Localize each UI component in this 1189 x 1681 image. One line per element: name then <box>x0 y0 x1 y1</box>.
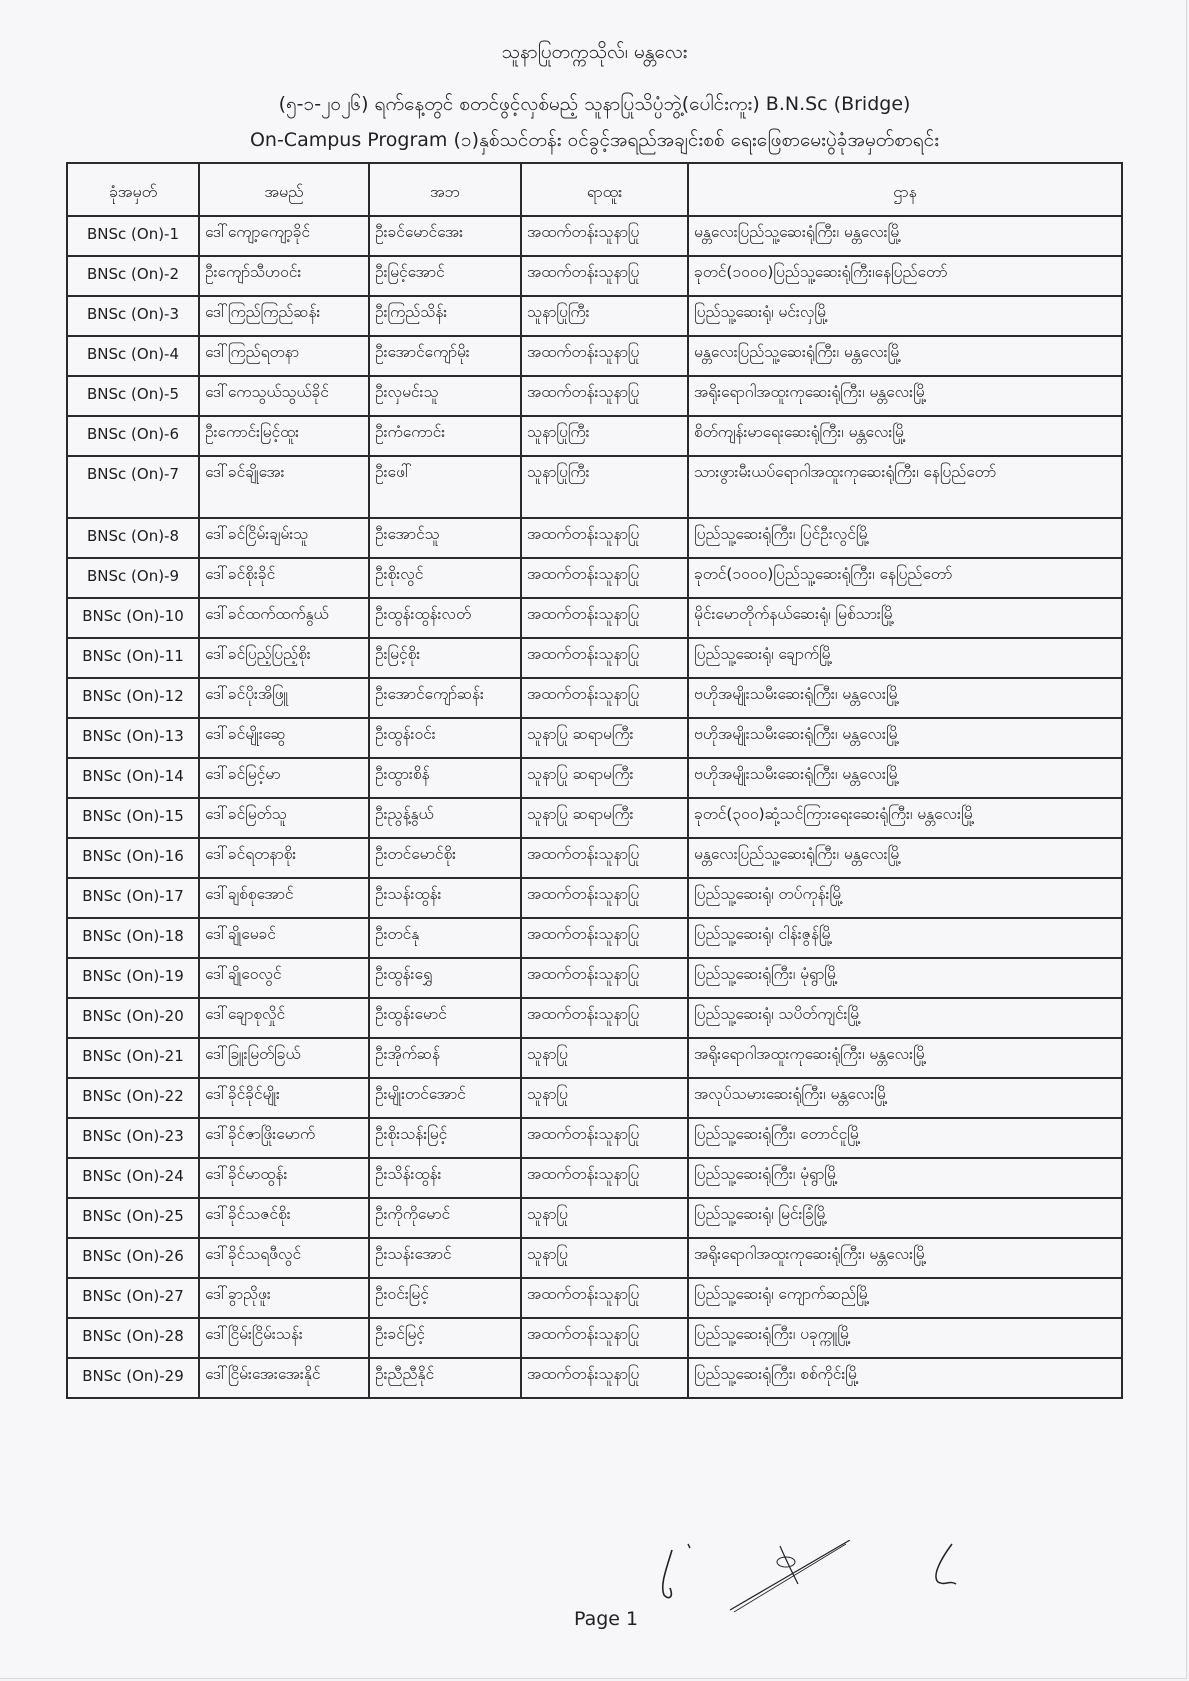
name-cell: ဒေါ်ကေသွယ်သွယ်ခိုင် <box>199 376 369 416</box>
rank-cell: အထက်တန်းသူနာပြု <box>521 256 688 296</box>
column-header-seat-number: ခုံအမှတ် <box>67 163 199 216</box>
name-cell: ဒေါ်ခိုင်သဇင်စိုး <box>199 1198 369 1238</box>
name-cell: ဒေါ်ခင်ငြိမ်းချမ်းသူ <box>199 518 369 558</box>
name-cell: ဒေါ်ခိုင်ခိုင်မျိုး <box>199 1078 369 1118</box>
table-row: BNSc (On)-3ဒေါ်ကြည်ကြည်ဆန်းဦးကြည်သိန်းသူ… <box>67 296 1122 336</box>
rank-cell: သူနာပြုကြီး <box>521 416 688 456</box>
seat-number-cell: BNSc (On)-7 <box>67 456 199 518</box>
father-name-cell: ဦးထွန်းထွန်းလတ် <box>369 598 521 638</box>
name-cell: ဒေါ်ခွာညိုဖူး <box>199 1278 369 1318</box>
name-cell: ဒေါ်ခင်စိုးခိုင် <box>199 558 369 598</box>
table-row: BNSc (On)-1ဒေါ်ကျော့ကျော့ခိုင်ဦးခင်မောင်… <box>67 216 1122 256</box>
rank-cell: သူနာပြု <box>521 1238 688 1278</box>
department-cell: အရိုးရောဂါအထူးကုဆေးရုံကြီး၊ မန္တလေးမြို့ <box>688 376 1122 416</box>
rank-cell: အထက်တန်းသူနာပြု <box>521 376 688 416</box>
name-cell: ဒေါ်ခင်မြတ်သူ <box>199 798 369 838</box>
document-page: သူနာပြုတက္ကသိုလ်၊ မန္တလေး (၅-၁-၂၀၂၆) ရက်… <box>0 0 1187 1679</box>
name-cell: ဦးကောင်းမြင့်ထူး <box>199 416 369 456</box>
seat-number-cell: BNSc (On)-19 <box>67 958 199 998</box>
table-row: BNSc (On)-12ဒေါ်ခင်ပိုးအိဖြူဦးအောင်ကျော်… <box>67 678 1122 718</box>
department-cell: အလုပ်သမားဆေးရုံကြီး၊ မန္တလေးမြို့ <box>688 1078 1122 1118</box>
rank-cell: အထက်တန်းသူနာပြု <box>521 1358 688 1398</box>
name-cell: ဒေါ်ခင်ရတနာစိုး <box>199 838 369 878</box>
rank-cell: အထက်တန်းသူနာပြု <box>521 1318 688 1358</box>
name-cell: ဒေါ်ချိုဝေလွင် <box>199 958 369 998</box>
father-name-cell: ဦးညီညီနိုင် <box>369 1358 521 1398</box>
seat-number-cell: BNSc (On)-22 <box>67 1078 199 1118</box>
name-cell: ဒေါ်ခင်မျိုးဆွေ <box>199 718 369 758</box>
table-row: BNSc (On)-11ဒေါ်ခင်ပြည့်ပြည့်စိုးဦးမြင့်… <box>67 638 1122 678</box>
father-name-cell: ဦးသိန်းထွန်း <box>369 1158 521 1198</box>
name-cell: ဦးကျော်သီဟဝင်း <box>199 256 369 296</box>
name-cell: ဒေါ်ကြည်ရတနာ <box>199 336 369 376</box>
father-name-cell: ဦးထွန်းဝင်း <box>369 718 521 758</box>
column-header-department: ဌာန <box>688 163 1122 216</box>
table-row: BNSc (On)-10ဒေါ်ခင်ထက်ထက်နွယ်ဦးထွန်းထွန်… <box>67 598 1122 638</box>
department-cell: ပြည်သူ့ဆေးရုံကြီး၊ တောင်ငူမြို့ <box>688 1118 1122 1158</box>
name-cell: ဒေါ်ချောစုလှိုင် <box>199 998 369 1038</box>
seat-number-cell: BNSc (On)-27 <box>67 1278 199 1318</box>
table-row: BNSc (On)-22ဒေါ်ခိုင်ခိုင်မျိုးဦးမျိုးတင… <box>67 1078 1122 1118</box>
seat-number-cell: BNSc (On)-25 <box>67 1198 199 1238</box>
father-name-cell: ဦးဝင်းမြင့် <box>369 1278 521 1318</box>
department-cell: ပြည်သူ့ဆေးရုံကြီး၊ မုံရွာမြို့ <box>688 1158 1122 1198</box>
table-row: BNSc (On)-25ဒေါ်ခိုင်သဇင်စိုးဦးကိုကိုမော… <box>67 1198 1122 1238</box>
father-name-cell: ဦးမြင့်အောင် <box>369 256 521 296</box>
name-cell: ဒေါ်ခိုင်မာထွန်း <box>199 1158 369 1198</box>
rank-cell: အထက်တန်းသူနာပြု <box>521 518 688 558</box>
table-header-row: ခုံအမှတ် အမည် အဘ ရာထူး ဌာန <box>67 163 1122 216</box>
seat-number-cell: BNSc (On)-21 <box>67 1038 199 1078</box>
name-cell: ဒေါ်ခင်ပြည့်ပြည့်စိုး <box>199 638 369 678</box>
institution-title: သူနာပြုတက္ကသိုလ်၊ မန္တလေး <box>0 40 1189 68</box>
rank-cell: သူနာပြု ဆရာမကြီး <box>521 718 688 758</box>
seat-number-cell: BNSc (On)-23 <box>67 1118 199 1158</box>
table-row: BNSc (On)-24ဒေါ်ခိုင်မာထွန်းဦးသိန်းထွန်း… <box>67 1158 1122 1198</box>
rank-cell: သူနာပြု ဆရာမကြီး <box>521 798 688 838</box>
seat-number-cell: BNSc (On)-17 <box>67 878 199 918</box>
department-cell: ပြည်သူ့ဆေးရုံ၊ မင်းလှမြို့ <box>688 296 1122 336</box>
name-cell: ဒေါ်ခိုင်ဇာဖြိုးမောက် <box>199 1118 369 1158</box>
father-name-cell: ဦးစိုးသန်းမြင့် <box>369 1118 521 1158</box>
rank-cell: သူနာပြု <box>521 1078 688 1118</box>
department-cell: ပြည်သူ့ဆေးရုံ၊ တပ်ကုန်းမြို့ <box>688 878 1122 918</box>
father-name-cell: ဦးသန်းအောင် <box>369 1238 521 1278</box>
seat-number-cell: BNSc (On)-12 <box>67 678 199 718</box>
father-name-cell: ဦးကံကောင်း <box>369 416 521 456</box>
rank-cell: အထက်တန်းသူနာပြု <box>521 216 688 256</box>
rank-cell: သူနာပြုကြီး <box>521 296 688 336</box>
table-row: BNSc (On)-21ဒေါ်ခြူးမြတ်ခြယ်ဦးအိုက်ဆန်သူ… <box>67 1038 1122 1078</box>
department-cell: မန္တလေးပြည်သူ့ဆေးရုံကြီး၊ မန္တလေးမြို့ <box>688 216 1122 256</box>
name-cell: ဒေါ်ကြည်ကြည်ဆန်း <box>199 296 369 336</box>
rank-cell: အထက်တန်းသူနာပြု <box>521 638 688 678</box>
seat-number-cell: BNSc (On)-15 <box>67 798 199 838</box>
department-cell: ပြည်သူ့ဆေးရုံ၊ ချောက်မြို့ <box>688 638 1122 678</box>
name-cell: ဒေါ်ခိုင်သရဖီလွင် <box>199 1238 369 1278</box>
department-cell: ပြည်သူ့ဆေးရုံ၊ သပိတ်ကျင်းမြို့ <box>688 998 1122 1038</box>
seat-number-cell: BNSc (On)-29 <box>67 1358 199 1398</box>
seat-number-cell: BNSc (On)-18 <box>67 918 199 958</box>
table-row: BNSc (On)-28ဒေါ်ငြိမ်းငြိမ်းသန်းဦးခင်မြင… <box>67 1318 1122 1358</box>
rank-cell: အထက်တန်းသူနာပြု <box>521 958 688 998</box>
father-name-cell: ဦးတင်မောင်စိုး <box>369 838 521 878</box>
seat-number-table: ခုံအမှတ် အမည် အဘ ရာထူး ဌာန BNSc (On)-1ဒေ… <box>66 162 1123 1399</box>
father-name-cell: ဦးတင်နု <box>369 918 521 958</box>
table-row: BNSc (On)-15ဒေါ်ခင်မြတ်သူဦးညွန့်နွယ်သူနာ… <box>67 798 1122 838</box>
department-cell: ပြည်သူ့ဆေးရုံ၊ ငါန်းဇွန်မြို့ <box>688 918 1122 958</box>
table-row: BNSc (On)-23ဒေါ်ခိုင်ဇာဖြိုးမောက်ဦးစိုးသ… <box>67 1118 1122 1158</box>
rank-cell: အထက်တန်းသူနာပြု <box>521 1158 688 1198</box>
name-cell: ဒေါ်ခင်ထက်ထက်နွယ် <box>199 598 369 638</box>
table-body: BNSc (On)-1ဒေါ်ကျော့ကျော့ခိုင်ဦးခင်မောင်… <box>67 216 1122 1398</box>
father-name-cell: ဦးထွန်းရွှေ <box>369 958 521 998</box>
department-cell: ပြည်သူ့ဆေးရုံ၊ ကျောက်ဆည်မြို့ <box>688 1278 1122 1318</box>
department-cell: အရိုးရောဂါအထူးကုဆေးရုံကြီး၊ မန္တလေးမြို့ <box>688 1038 1122 1078</box>
seat-number-cell: BNSc (On)-24 <box>67 1158 199 1198</box>
table-row: BNSc (On)-18ဒေါ်ချိုမေခင်ဦးတင်နုအထက်တန်း… <box>67 918 1122 958</box>
seat-number-cell: BNSc (On)-1 <box>67 216 199 256</box>
father-name-cell: ဦးအောင်ကျော်ဆန်း <box>369 678 521 718</box>
seat-number-cell: BNSc (On)-14 <box>67 758 199 798</box>
father-name-cell: ဦးအောင်သူ <box>369 518 521 558</box>
table-row: BNSc (On)-17ဒေါ်ချစ်စုအောင်ဦးသန်းထွန်းအထ… <box>67 878 1122 918</box>
table-row: BNSc (On)-9ဒေါ်ခင်စိုးခိုင်ဦးစိုးလွင်အထက… <box>67 558 1122 598</box>
father-name-cell: ဦးမြင့်စိုး <box>369 638 521 678</box>
father-name-cell: ဦးသန်းထွန်း <box>369 878 521 918</box>
rank-cell: အထက်တန်းသူနာပြု <box>521 1118 688 1158</box>
page-number: Page 1 <box>574 1608 638 1630</box>
department-cell: ပြည်သူ့ဆေးရုံကြီး၊ စစ်ကိုင်းမြို့ <box>688 1358 1122 1398</box>
table-row: BNSc (On)-2ဦးကျော်သီဟဝင်းဦးမြင့်အောင်အထက… <box>67 256 1122 296</box>
seat-number-cell: BNSc (On)-28 <box>67 1318 199 1358</box>
father-name-cell: ဦးညွန့်နွယ် <box>369 798 521 838</box>
name-cell: ဒေါ်ကျော့ကျော့ခိုင် <box>199 216 369 256</box>
table-row: BNSc (On)-29ဒေါ်ငြိမ်းအေးအေးနိုင်ဦးညီညီန… <box>67 1358 1122 1398</box>
department-cell: ခုတင်(၁၀၀၀)ပြည်သူ့ဆေးရုံကြီး၊ နေပြည်တော် <box>688 558 1122 598</box>
department-cell: အရိုးရောဂါအထူးကုဆေးရုံကြီး၊ မန္တလေးမြို့ <box>688 1238 1122 1278</box>
father-name-cell: ဦးကိုကိုမောင် <box>369 1198 521 1238</box>
seat-number-cell: BNSc (On)-16 <box>67 838 199 878</box>
table-row: BNSc (On)-16ဒေါ်ခင်ရတနာစိုးဦးတင်မောင်စို… <box>67 838 1122 878</box>
rank-cell: အထက်တန်းသူနာပြု <box>521 558 688 598</box>
department-cell: ပြည်သူ့ဆေးရုံကြီး၊ ပခုက္ကူမြို့ <box>688 1318 1122 1358</box>
rank-cell: သူနာပြု ဆရာမကြီး <box>521 758 688 798</box>
rank-cell: အထက်တန်းသူနာပြု <box>521 838 688 878</box>
father-name-cell: ဦးကြည်သိန်း <box>369 296 521 336</box>
father-name-cell: ဦးလှမင်းသူ <box>369 376 521 416</box>
table-row: BNSc (On)-13ဒေါ်ခင်မျိုးဆွေဦးထွန်းဝင်းသူ… <box>67 718 1122 758</box>
seat-number-cell: BNSc (On)-6 <box>67 416 199 456</box>
father-name-cell: ဦးခင်မြင့် <box>369 1318 521 1358</box>
department-cell: စိတ်ကျန်းမာရေးဆေးရုံကြီး၊ မန္တလေးမြို့ <box>688 416 1122 456</box>
department-cell: ဗဟိုအမျိုးသမီးဆေးရုံကြီး၊ မန္တလေးမြို့ <box>688 718 1122 758</box>
table-row: BNSc (On)-7ဒေါ်ခင်ချိုအေးဦးဖေါ်သူနာပြုကြ… <box>67 456 1122 518</box>
seat-number-cell: BNSc (On)-4 <box>67 336 199 376</box>
name-cell: ဒေါ်ချိုမေခင် <box>199 918 369 958</box>
name-cell: ဒေါ်ခြူးမြတ်ခြယ် <box>199 1038 369 1078</box>
seat-number-cell: BNSc (On)-20 <box>67 998 199 1038</box>
rank-cell: အထက်တန်းသူနာပြု <box>521 1278 688 1318</box>
seat-number-cell: BNSc (On)-8 <box>67 518 199 558</box>
rank-cell: အထက်တန်းသူနာပြု <box>521 336 688 376</box>
department-cell: မန္တလေးပြည်သူ့ဆေးရုံကြီး၊ မန္တလေးမြို့ <box>688 336 1122 376</box>
seat-number-cell: BNSc (On)-9 <box>67 558 199 598</box>
name-cell: ဒေါ်ခင်ပိုးအိဖြူ <box>199 678 369 718</box>
department-cell: သားဖွားမီးယပ်ရောဂါအထူးကုဆေးရုံကြီး၊ နေပြ… <box>688 456 1122 518</box>
table-row: BNSc (On)-26ဒေါ်ခိုင်သရဖီလွင်ဦးသန်းအောင်… <box>67 1238 1122 1278</box>
father-name-cell: ဦးမျိုးတင်အောင် <box>369 1078 521 1118</box>
department-cell: ပြည်သူ့ဆေးရုံကြီး၊ မုံရွာမြို့ <box>688 958 1122 998</box>
rank-cell: အထက်တန်းသူနာပြု <box>521 598 688 638</box>
table-row: BNSc (On)-4ဒေါ်ကြည်ရတနာဦးအောင်ကျော်မိုးအ… <box>67 336 1122 376</box>
father-name-cell: ဦးထွားစိန် <box>369 758 521 798</box>
department-cell: ဗဟိုအမျိုးသမီးဆေးရုံကြီး၊ မန္တလေးမြို့ <box>688 678 1122 718</box>
seat-number-cell: BNSc (On)-26 <box>67 1238 199 1278</box>
rank-cell: အထက်တန်းသူနာပြု <box>521 678 688 718</box>
table-row: BNSc (On)-27ဒေါ်ခွာညိုဖူးဦးဝင်းမြင့်အထက်… <box>67 1278 1122 1318</box>
father-name-cell: ဦးအောင်ကျော်မိုး <box>369 336 521 376</box>
table-row: BNSc (On)-6ဦးကောင်းမြင့်ထူးဦးကံကောင်းသူန… <box>67 416 1122 456</box>
rank-cell: အထက်တန်းသူနာပြု <box>521 998 688 1038</box>
seat-number-cell: BNSc (On)-11 <box>67 638 199 678</box>
seat-number-cell: BNSc (On)-10 <box>67 598 199 638</box>
department-cell: ပြည်သူ့ဆေးရုံကြီး၊ ပြင်ဦးလွင်မြို့ <box>688 518 1122 558</box>
rank-cell: သူနာပြု <box>521 1038 688 1078</box>
rank-cell: သူနာပြု <box>521 1198 688 1238</box>
table-row: BNSc (On)-19ဒေါ်ချိုဝေလွင်ဦးထွန်းရွှေအထက… <box>67 958 1122 998</box>
father-name-cell: ဦးစိုးလွင် <box>369 558 521 598</box>
father-name-cell: ဦးထွန်းမောင် <box>369 998 521 1038</box>
department-cell: ပြည်သူ့ဆေးရုံ၊ မြင်းခြံမြို့ <box>688 1198 1122 1238</box>
name-cell: ဒေါ်ခင်မြင့်မာ <box>199 758 369 798</box>
table-row: BNSc (On)-20ဒေါ်ချောစုလှိုင်ဦးထွန်းမောင်… <box>67 998 1122 1038</box>
seat-number-cell: BNSc (On)-5 <box>67 376 199 416</box>
table-row: BNSc (On)-14ဒေါ်ခင်မြင့်မာဦးထွားစိန်သူနာ… <box>67 758 1122 798</box>
father-name-cell: ဦးအိုက်ဆန် <box>369 1038 521 1078</box>
signatures <box>660 1540 980 1650</box>
name-cell: ဒေါ်ငြိမ်းငြိမ်းသန်း <box>199 1318 369 1358</box>
father-name-cell: ဦးဖေါ် <box>369 456 521 518</box>
father-name-cell: ဦးခင်မောင်အေး <box>369 216 521 256</box>
name-cell: ဒေါ်ချစ်စုအောင် <box>199 878 369 918</box>
column-header-name: အမည် <box>199 163 369 216</box>
name-cell: ဒေါ်ခင်ချိုအေး <box>199 456 369 518</box>
rank-cell: သူနာပြုကြီး <box>521 456 688 518</box>
department-cell: မိုင်းမောတိုက်နယ်ဆေးရုံ၊ မြစ်သားမြို့ <box>688 598 1122 638</box>
department-cell: မန္တလေးပြည်သူ့ဆေးရုံကြီး၊ မန္တလေးမြို့ <box>688 838 1122 878</box>
department-cell: ဗဟိုအမျိုးသမီးဆေးရုံကြီး၊ မန္တလေးမြို့ <box>688 758 1122 798</box>
department-cell: ခုတင်(၃၀၀)ဆုံ့သင်ကြားရေးဆေးရုံကြီး၊ မန္တ… <box>688 798 1122 838</box>
column-header-father-name: အဘ <box>369 163 521 216</box>
seat-number-cell: BNSc (On)-3 <box>67 296 199 336</box>
seat-number-cell: BNSc (On)-2 <box>67 256 199 296</box>
name-cell: ဒေါ်ငြိမ်းအေးအေးနိုင် <box>199 1358 369 1398</box>
seat-number-cell: BNSc (On)-13 <box>67 718 199 758</box>
table-row: BNSc (On)-5ဒေါ်ကေသွယ်သွယ်ခိုင်ဦးလှမင်းသူ… <box>67 376 1122 416</box>
document-title-line2: On-Campus Program (၁)နှစ်သင်တန်း ဝင်ခွင့… <box>0 128 1189 156</box>
rank-cell: အထက်တန်းသူနာပြု <box>521 918 688 958</box>
document-title-line1: (၅-၁-၂၀၂၆) ရက်နေ့တွင် စတင်ဖွင့်လှစ်မည့် … <box>0 92 1189 120</box>
department-cell: ခုတင်(၁၀၀၀)ပြည်သူ့ဆေးရုံကြီး၊နေပြည်တော် <box>688 256 1122 296</box>
table-row: BNSc (On)-8ဒေါ်ခင်ငြိမ်းချမ်းသူဦးအောင်သူ… <box>67 518 1122 558</box>
column-header-rank: ရာထူး <box>521 163 688 216</box>
rank-cell: အထက်တန်းသူနာပြု <box>521 878 688 918</box>
